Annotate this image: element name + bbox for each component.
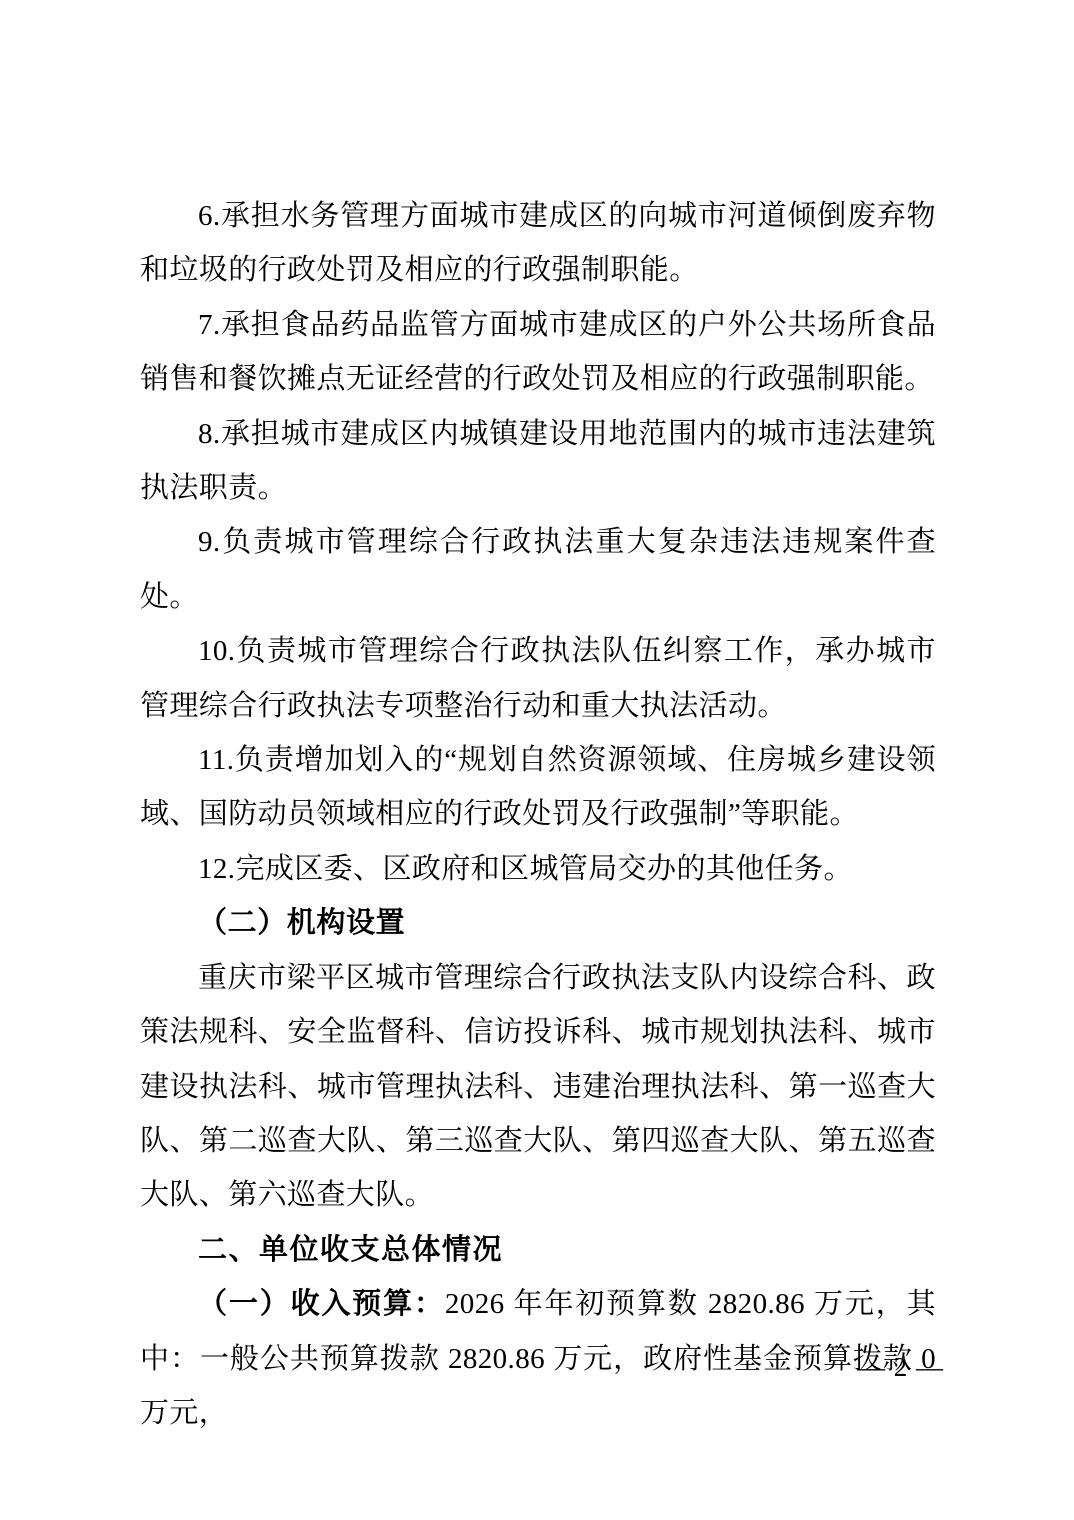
page-content: 6.承担水务管理方面城市建成区的向城市河道倾倒废弃物和垃圾的行政处罚及相应的行政… — [140, 189, 936, 1440]
org-setup-paragraph: 重庆市梁平区城市管理综合行政执法支队内设综合科、政策法规科、安全监督科、信访投诉… — [140, 951, 936, 1223]
subsection-heading-org-setup: （二）机构设置 — [140, 896, 936, 950]
duty-item-12: 12.完成区委、区政府和区城管局交办的其他任务。 — [140, 842, 936, 896]
duty-item-9: 9.负责城市管理综合行政执法重大复杂违法违规案件查处。 — [140, 515, 936, 624]
duty-item-7: 7.承担食品药品监管方面城市建成区的户外公共场所食品销售和餐饮摊点无证经营的行政… — [140, 298, 936, 407]
income-budget-lead: （一）收入预算： — [198, 1288, 445, 1320]
duty-item-8: 8.承担城市建成区内城镇建设用地范围内的城市违法建筑执法职责。 — [140, 407, 936, 516]
document-page: 6.承担水务管理方面城市建成区的向城市河道倾倒废弃物和垃圾的行政处罚及相应的行政… — [0, 0, 1074, 1520]
duty-item-6: 6.承担水务管理方面城市建成区的向城市河道倾倒废弃物和垃圾的行政处罚及相应的行政… — [140, 189, 936, 298]
duty-item-10: 10.负责城市管理综合行政执法队伍纠察工作，承办城市管理综合行政执法专项整治行动… — [140, 624, 936, 733]
page-number: — 2 — — [858, 1350, 944, 1384]
section-heading-budget-overview: 二、单位收支总体情况 — [140, 1223, 936, 1277]
duty-item-11: 11.负责增加划入的“规划自然资源领域、住房城乡建设领域、国防动员领域相应的行政… — [140, 733, 936, 842]
income-budget-paragraph: （一）收入预算：2026 年年初预算数 2820.86 万元，其中：一般公共预算… — [140, 1277, 936, 1440]
